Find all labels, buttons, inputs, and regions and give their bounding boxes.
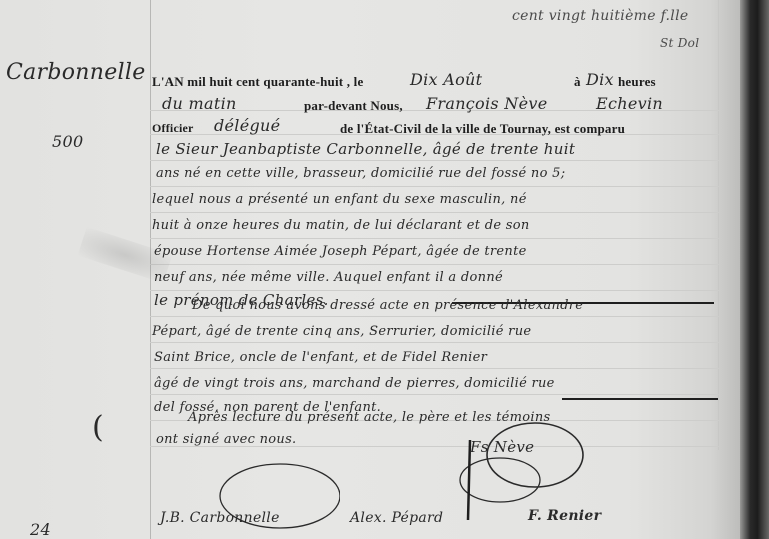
ruled-line <box>150 186 720 187</box>
margin-record-number: 500 <box>52 132 83 151</box>
witness2-signature: F. Renier <box>528 508 601 524</box>
ruled-line <box>150 160 720 161</box>
header-note-line2: St Dol <box>660 36 699 50</box>
margin-mark: 24 <box>30 520 51 539</box>
printed-a: à <box>574 74 581 90</box>
body-line-1: le Sieur Jeanbaptiste Carbonnelle, âgé d… <box>156 140 575 158</box>
father-signature: J.B. Carbonnelle <box>160 510 280 526</box>
printed-officier: Officier <box>152 121 194 136</box>
ruled-line <box>150 368 720 369</box>
body-line-6: neuf ans, née même ville. Auquel enfant … <box>154 270 503 285</box>
p2-line-3: Saint Brice, oncle de l'enfant, et de Fi… <box>154 350 487 365</box>
ruled-line <box>150 238 720 239</box>
body-line-3: lequel nous a présenté un enfant du sexe… <box>152 192 527 207</box>
body-line-2: ans né en cette ville, brasseur, domicil… <box>156 166 565 181</box>
printed-etat-civil: de l'État-Civil de la ville de Tournay, … <box>340 121 625 137</box>
margin-bracket: ( <box>92 410 104 445</box>
ruled-line <box>150 316 720 317</box>
ruled-line <box>150 394 720 395</box>
officer-title-field: Echevin <box>596 94 663 113</box>
hour-field: Dix <box>586 70 614 89</box>
officer-signature: Fs Nève <box>470 438 534 456</box>
printed-par-devant: par-devant Nous, <box>304 98 403 114</box>
p3-line-2: ont signé avec nous. <box>156 432 296 447</box>
officer-role-field: délégué <box>214 116 280 135</box>
ruled-line <box>150 342 720 343</box>
register-page: cent vingt huitième f.lle St Dol Carbonn… <box>0 0 740 539</box>
header-note-line1: cent vingt huitième f.lle <box>512 8 688 24</box>
line-fill-dash <box>562 398 718 400</box>
ruled-line <box>150 264 720 265</box>
p2-line-4: âgé de vingt trois ans, marchand de pier… <box>154 376 555 391</box>
body-line-4: huit à onze heures du matin, de lui décl… <box>152 218 530 233</box>
ruled-line <box>150 212 720 213</box>
printed-heures: heures <box>618 74 656 90</box>
right-margin-rule <box>718 0 719 450</box>
time-of-day-field: du matin <box>162 94 237 113</box>
printed-year-line: L'AN mil huit cent quarante-huit , le <box>152 74 363 90</box>
officer-name-field: François Nève <box>426 94 547 113</box>
p2-line-1: De quoi nous avons dressé acte en présen… <box>192 298 583 313</box>
witness1-signature: Alex. Pépard <box>350 510 443 526</box>
p2-line-2: Pépart, âgé de trente cinq ans, Serrurie… <box>152 324 531 339</box>
margin-surname: Carbonnelle <box>6 60 146 85</box>
body-line-5: épouse Hortense Aimée Joseph Pépart, âgé… <box>154 244 527 259</box>
book-spine <box>740 0 769 539</box>
date-field: Dix Août <box>410 70 482 89</box>
